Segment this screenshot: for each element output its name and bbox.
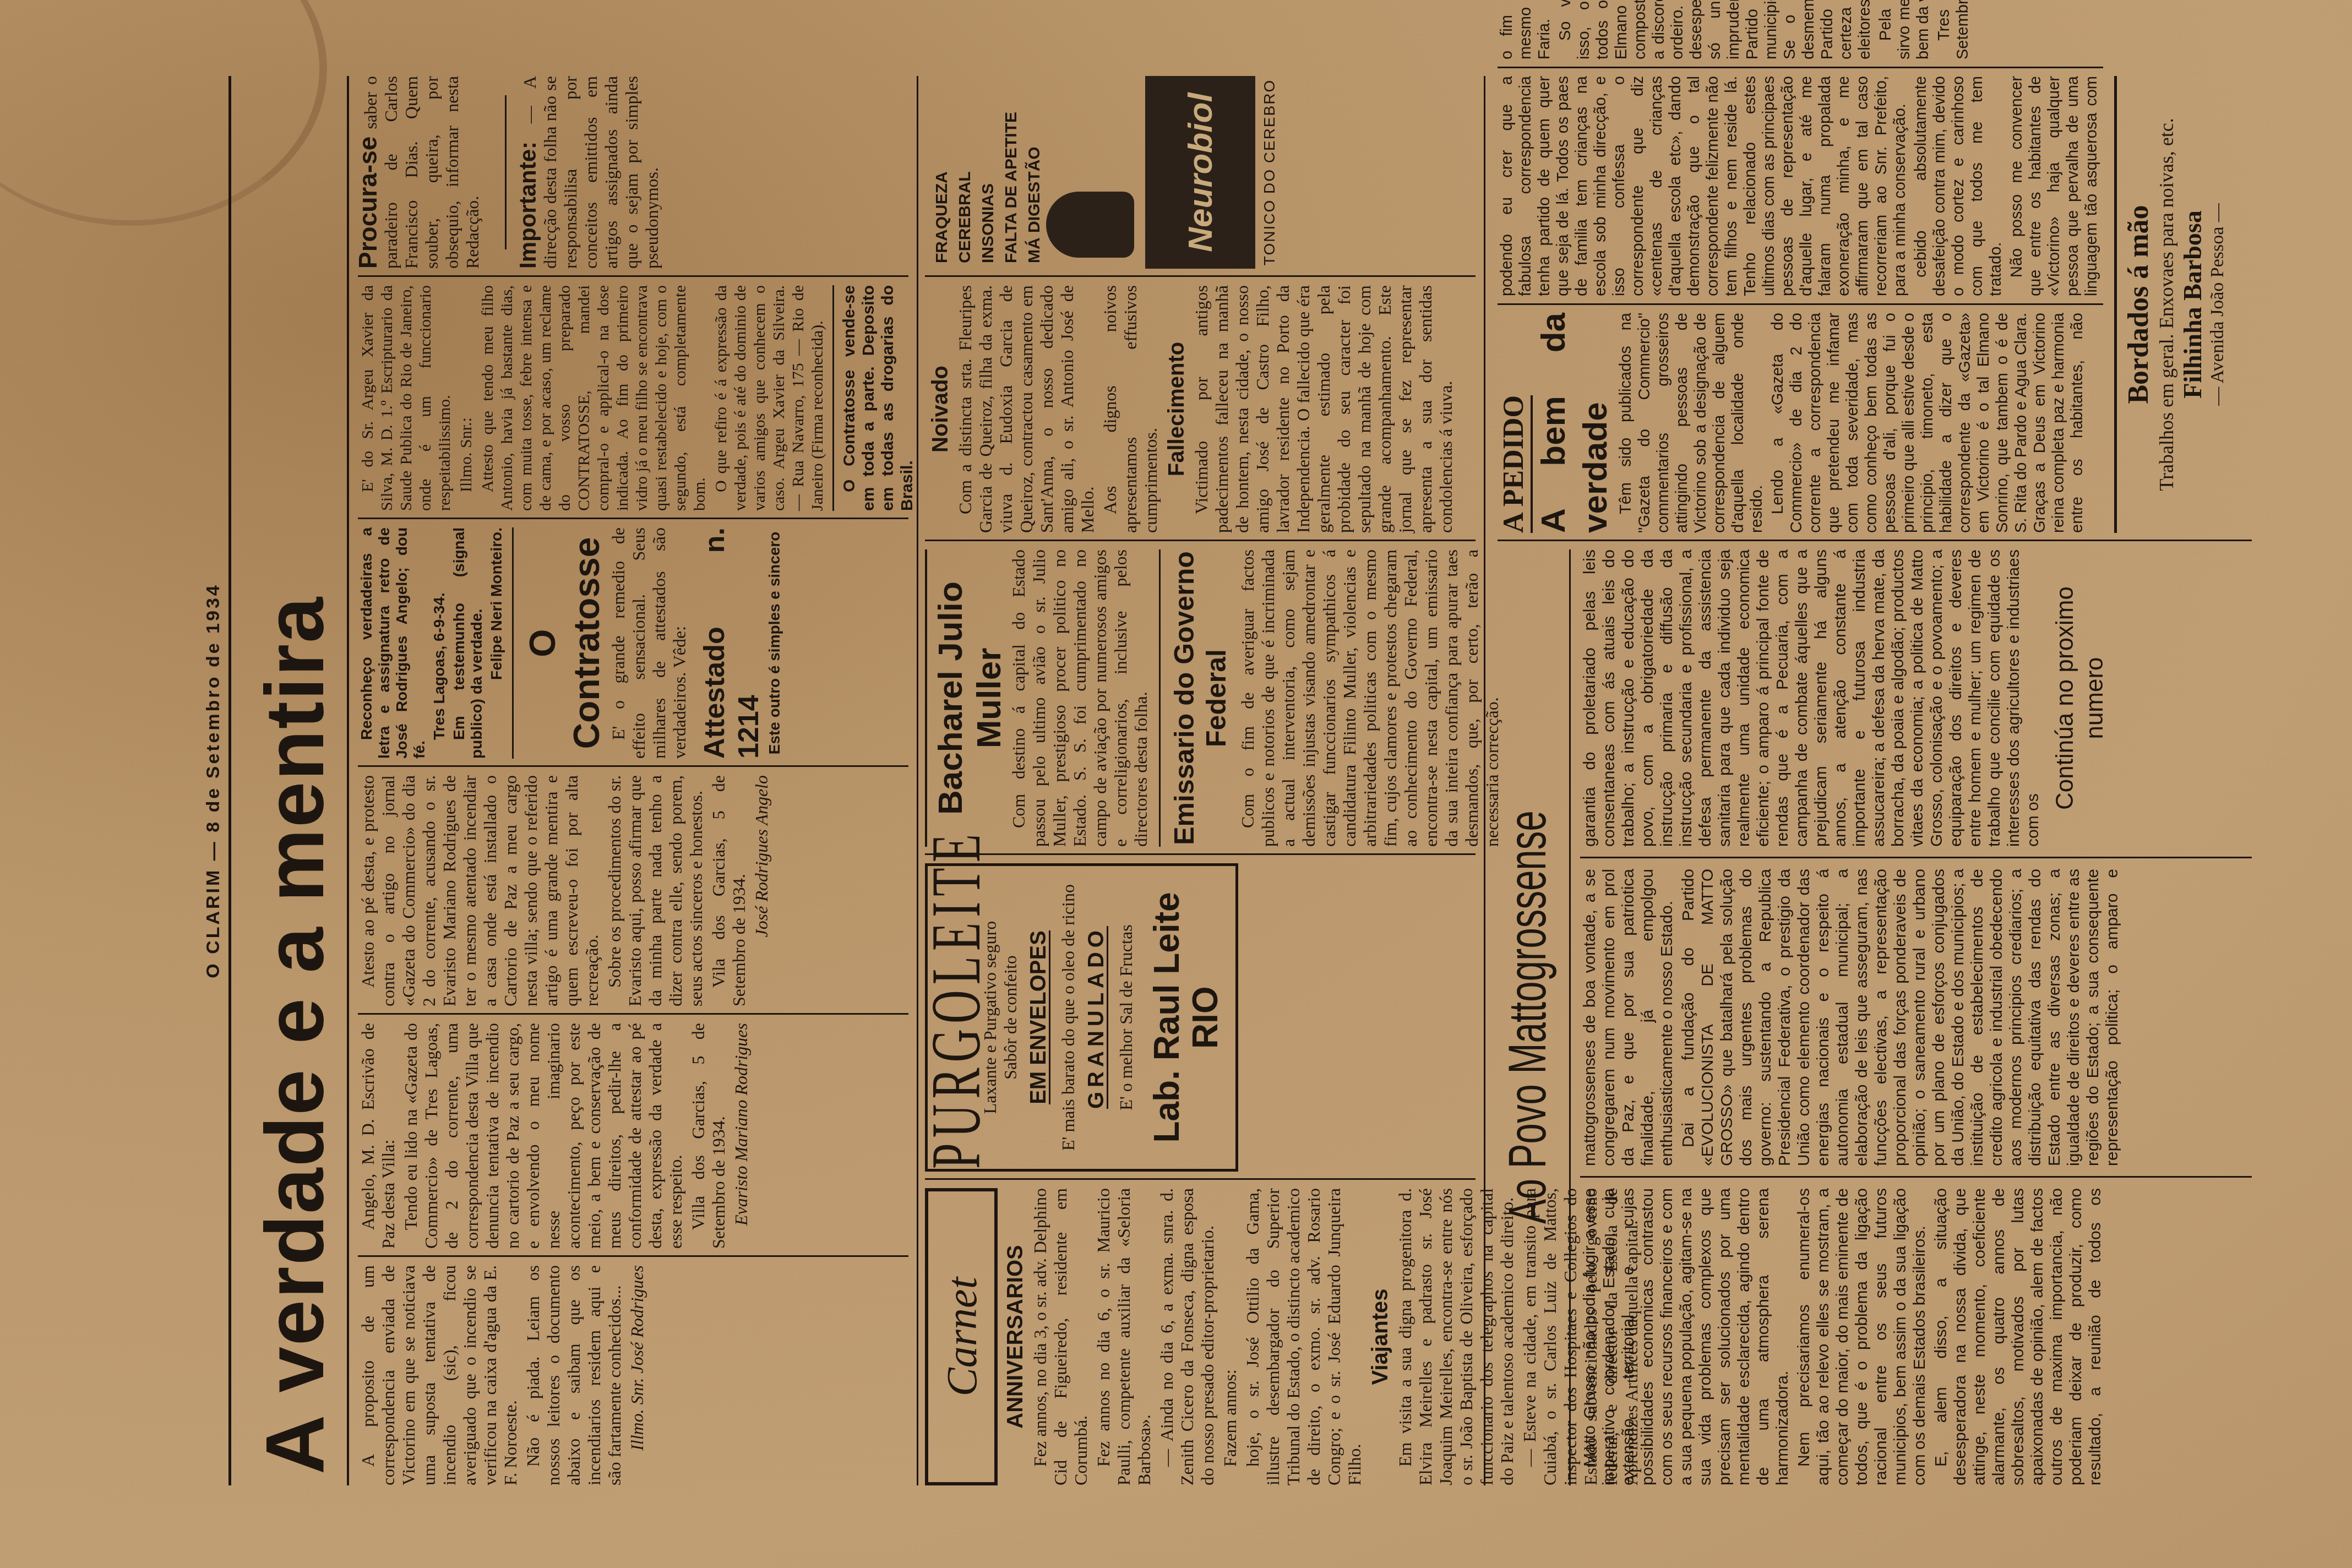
carnet-banner: Carnet (925, 1188, 998, 1485)
notary-block: Reconheço verdadeiras a letra e assignat… (358, 527, 505, 759)
apedido-kicker: A PEDIDO (1498, 395, 1533, 533)
muller-emissario-column: Bacharel Julio Muller Com destino á capi… (925, 549, 1505, 847)
notices-column: Procura-se saber o paradeiro de Carlos F… (358, 76, 662, 269)
neurobiol-brand: Neurobiol (1145, 76, 1255, 269)
falecimento-heading: Fallecimento (1167, 285, 1187, 533)
head-silhouette-icon (1046, 192, 1134, 258)
atestado-body: E' do Sr. Argeu Xavier da Silva, M. D. 1… (358, 285, 919, 511)
headline-verdade: A verdade e a mentira (247, 596, 342, 1485)
neurobiol-ad: FRAQUEZA CEREBRAL INSONIAS FALTA DE APET… (925, 76, 1310, 269)
newspaper-scan: O CLARIM — 8 de Setembro de 1934 A verda… (0, 0, 2352, 1568)
povo-article: Matto Grosso não podia fugir a esse impe… (1580, 549, 2252, 1485)
newspaper-page: O CLARIM — 8 de Setembro de 1934 A verda… (0, 0, 2352, 1568)
povo-title: Ao Povo Mattogrossense (1498, 811, 1558, 1224)
contratosse-column: Reconheço verdadeiras a letra e assignat… (358, 527, 783, 759)
atestado-title: Attestado n. 1214 (698, 527, 766, 759)
muller-title: Bacharel Julio Muller (925, 549, 1009, 847)
anniversarios-heading: ANNIVERSARIOS (1005, 1188, 1026, 1485)
verdade-reply: Atesto ao pé desta, e protesto contra o … (358, 775, 774, 1006)
purgoleite-title: PURGOLEITE (941, 866, 972, 1169)
masthead-text: O CLARIM — 8 de Setembro de 1934 (203, 583, 224, 978)
procura-notice: Procura-se saber o paradeiro de Carlos F… (358, 76, 483, 269)
contratosse-footer: O Contratosse vende-se em toda a parte. … (840, 285, 917, 511)
masthead: O CLARIM — 8 de Setembro de 1934 (198, 76, 231, 1485)
lab-raul-leite: Lab. Raul Leite (1147, 866, 1186, 1169)
bordados-ad: Bordados á mão Trabalhos em geral. Enxov… (2114, 76, 2228, 533)
verdade-intro: A proposito de um correspondencia enviad… (358, 1265, 650, 1485)
importante-notice: Importante: — A direcção desta folha não… (518, 76, 662, 269)
contratosse-title: O Contratosse (520, 527, 608, 759)
purgoleite-ad: PURGOLEITE Laxante e Purgativo seguro Sa… (925, 863, 1238, 1172)
emissario-title: Emissario do Governo Federal (1168, 549, 1232, 847)
procura-title: Procura-se (353, 137, 382, 269)
verdade-letter: Angelo, M. D. Escrivão de Paz desta Vill… (358, 1023, 754, 1249)
noivado-heading: Noivado (930, 285, 951, 533)
povo-title-band: Ao Povo Mattogrossense (1498, 549, 1571, 1485)
continues-note: Continúa no proximo numero (2050, 549, 2110, 847)
apedido-article: A PEDIDO A bem da verdade Têm sido publi… (1498, 76, 2103, 533)
viajantes-heading: Viajantes (1370, 1188, 1391, 1485)
headline-band: A verdade e a mentira (242, 76, 349, 1485)
social-column: Noivado Com a distincta srta. Fleuripes … (925, 285, 1458, 533)
apedido-title: A bem da verdade (1533, 313, 1616, 533)
